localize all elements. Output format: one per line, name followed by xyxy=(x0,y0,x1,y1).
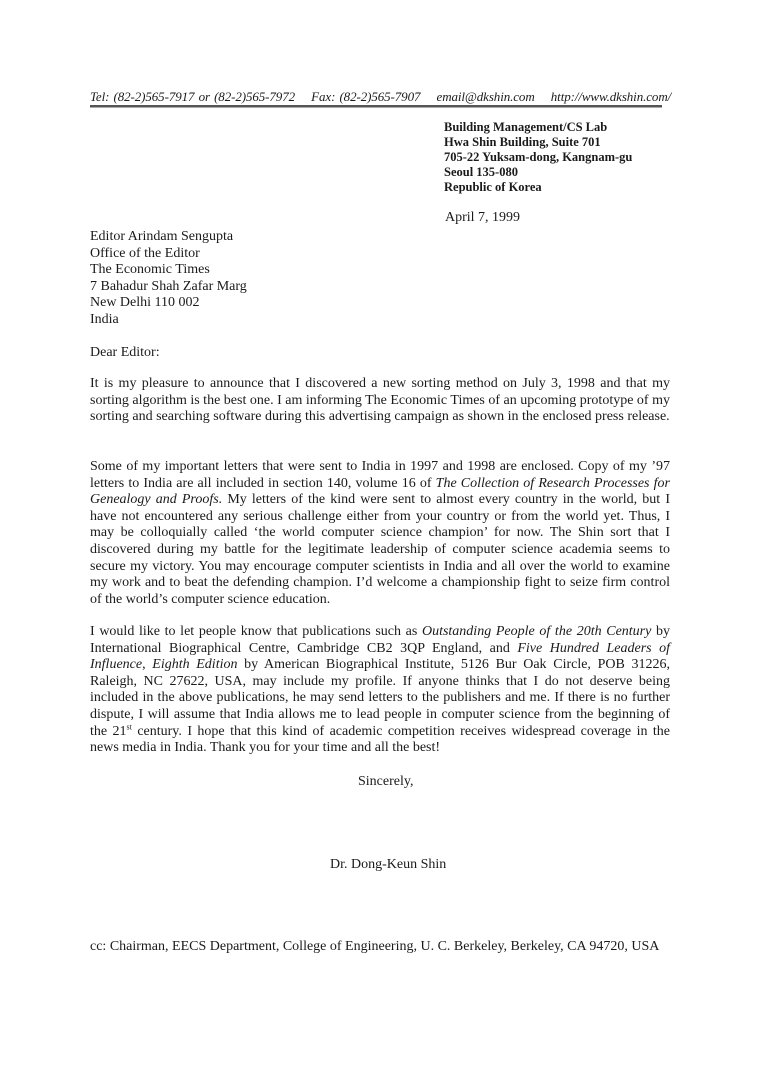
body-paragraph-3: I would like to let people know that pub… xyxy=(90,624,670,757)
signature-name: Dr. Dong-Keun Shin xyxy=(330,857,446,873)
header-email: email@dkshin.com xyxy=(437,89,535,104)
recipient-address: Editor Arindam Sengupta Office of the Ed… xyxy=(90,229,247,329)
letter-date: April 7, 1999 xyxy=(445,210,520,226)
text-run: I would like to let people know that pub… xyxy=(90,624,422,639)
letter-page: Tel: (82-2)565-7917 or (82-2)565-7972 Fa… xyxy=(0,0,760,1074)
header-url: http://www.dkshin.com/ xyxy=(551,89,671,104)
sender-line: 705-22 Yuksam-dong, Kangnam-gu xyxy=(444,150,632,165)
text-run: My letters of the kind were sent to almo… xyxy=(90,492,670,607)
salutation: Dear Editor: xyxy=(90,345,160,361)
cc-line: cc: Chairman, EECS Department, College o… xyxy=(90,939,659,955)
recipient-line: Office of the Editor xyxy=(90,246,247,263)
contact-header: Tel: (82-2)565-7917 or (82-2)565-7972 Fa… xyxy=(90,89,662,107)
book-title: Outstanding People of the 20th Century xyxy=(422,624,651,639)
sender-line: Hwa Shin Building, Suite 701 xyxy=(444,135,632,150)
body-paragraph-2: Some of my important letters that were s… xyxy=(90,459,670,608)
recipient-line: Editor Arindam Sengupta xyxy=(90,229,247,246)
book-edition: Eighth Edition xyxy=(152,657,237,672)
recipient-line: India xyxy=(90,312,247,329)
closing: Sincerely, xyxy=(358,774,413,790)
recipient-line: 7 Bahadur Shah Zafar Marg xyxy=(90,279,247,296)
sender-address: Building Management/CS Lab Hwa Shin Buil… xyxy=(444,120,632,195)
header-fax: Fax: (82-2)565-7907 xyxy=(311,89,420,104)
body-paragraph-1: It is my pleasure to announce that I dis… xyxy=(90,376,670,426)
header-phone: Tel: (82-2)565-7917 or (82-2)565-7972 xyxy=(90,89,295,104)
sender-line: Building Management/CS Lab xyxy=(444,120,632,135)
text-run: century. I hope that this kind of academ… xyxy=(90,724,670,756)
sender-line: Republic of Korea xyxy=(444,180,632,195)
recipient-line: New Delhi 110 002 xyxy=(90,295,247,312)
text-run: , xyxy=(142,657,152,672)
recipient-line: The Economic Times xyxy=(90,262,247,279)
sender-line: Seoul 135-080 xyxy=(444,165,632,180)
